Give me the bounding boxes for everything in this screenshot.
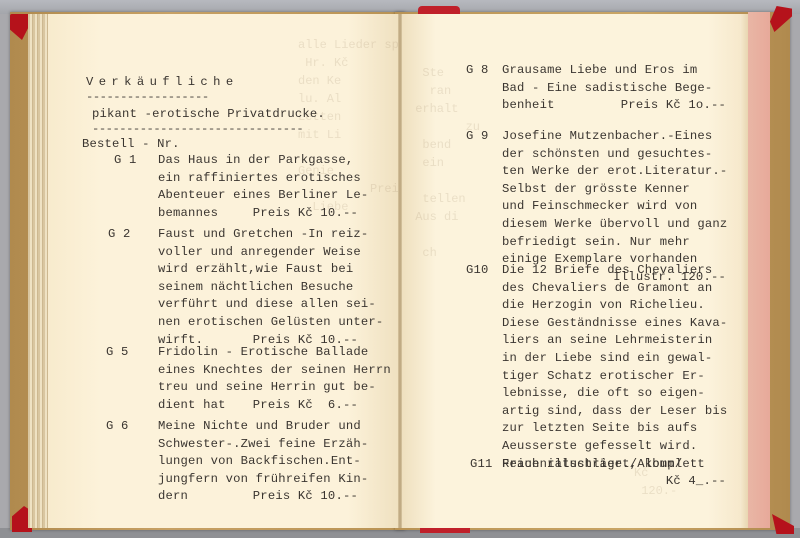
entry-price: Preis Kč 6.-- (253, 397, 358, 415)
entry-description-line: Abenteuer eines Berliner Le- (158, 187, 368, 205)
entry-order-number: G 8 (466, 62, 489, 80)
order-number-label: Bestell - Nr. (82, 136, 180, 154)
entry-description-line: lungen von Backfischen.Ent- (158, 453, 361, 471)
entry-description-line: bemannes (158, 205, 218, 223)
entry-description-line: verführt und diese allen sei- (158, 296, 376, 314)
entry-price: Preis Kč 10.-- (253, 488, 358, 506)
entry-order-number: G11 (470, 456, 493, 474)
entry-order-number: G 1 (114, 152, 137, 170)
entry-description-line: Bad - Eine sadistische Bege- (502, 80, 712, 98)
entry-description-line: des Chevaliers de Gramont an (502, 280, 712, 298)
entry-description-line: seinem nächtlichen Besuche (158, 279, 353, 297)
entry-description-line: Diese Geständnisse eines Kava- (502, 315, 727, 333)
entry-description-line: tiger Schatz erotischer Er- (502, 368, 705, 386)
book-gutter (398, 14, 402, 528)
entry-order-number: G10 (466, 262, 489, 280)
entry-order-number: G 5 (106, 344, 129, 362)
page-edges-right (740, 14, 748, 528)
entry-description-line: die Herzogin von Richelieu. (502, 297, 705, 315)
entry-price: Preis Kč 10.-- (253, 205, 358, 223)
entry-description-line: befriedigt sein. Nur mehr (502, 234, 690, 252)
entry-description-line: der schönsten und gesuchtes- (502, 146, 712, 164)
entry-price: Preis Kč 1o.-- (621, 97, 726, 115)
entry-description-line: voller und anregender Weise (158, 244, 361, 262)
page-edges-left (28, 14, 50, 528)
entry-description-line: Schwester-.Zwei feine Erzäh- (158, 436, 368, 454)
entry-description-line: ein raffiniertes erotisches (158, 170, 361, 188)
entry-description-line: Meine Nichte und Bruder und (158, 418, 361, 436)
entry-description-line: Josefine Mutzenbacher.-Eines (502, 128, 712, 146)
entry-description-line: Faust und Gretchen -In reiz- (158, 226, 368, 244)
entry-price: Kč 4_.-- (666, 473, 726, 491)
entry-description-line: Frauenratschläge./Album/ (502, 456, 682, 474)
entry-description-line: jungfern von frühreifen Kin- (158, 471, 368, 489)
entry-order-number: G 2 (108, 226, 131, 244)
entry-description-line: nen erotischen Gelüsten unter- (158, 314, 383, 332)
entry-description-line: wird erzählt,wie Faust bei (158, 261, 353, 279)
entry-description-line: benheit (502, 97, 555, 115)
entry-description-line: zur letzten Seite bis aufs (502, 420, 697, 438)
entry-description-line: Grausame Liebe und Eros im (502, 62, 697, 80)
entry-description-line: Die 12 Briefe des Chevaliers (502, 262, 712, 280)
entry-description-line: Aeusserste gefesselt wird. (502, 438, 697, 456)
entry-description-line: eines Knechtes der seinen Herrn (158, 362, 391, 380)
spine-headband-bottom (420, 528, 470, 533)
entry-description-line: Das Haus in der Parkgasse, (158, 152, 353, 170)
entry-description-line: diesem Werke übervoll und ganz (502, 216, 727, 234)
entry-description-line: Fridolin - Erotische Ballade (158, 344, 368, 362)
entry-description-line: artig sind, dass der Leser bis (502, 403, 727, 421)
entry-description-line: lebnisse, die oft so eigen- (502, 385, 705, 403)
entry-description-line: dern (158, 488, 188, 506)
heading-underline: ------------------ (86, 89, 209, 107)
entry-description-line: dient hat (158, 397, 226, 415)
bleed-through-text: Ste ran erhalt zu bend ein tellen Aus di… (408, 64, 480, 262)
entry-description-line: in der Liebe sind ein gewal- (502, 350, 712, 368)
entry-description-line: liers an seine Lehrmeisterin (502, 332, 712, 350)
entry-description-line: und Feinschmecker wird von (502, 198, 697, 216)
entry-description-line: ten Werke der erot.Literatur.- (502, 163, 727, 181)
pink-endpaper-right (748, 12, 770, 528)
entry-order-number: G 6 (106, 418, 129, 436)
entry-description-line: treu und seine Herrin gut be- (158, 379, 376, 397)
entry-description-line: Selbst der grösste Kenner (502, 181, 690, 199)
entry-order-number: G 9 (466, 128, 489, 146)
